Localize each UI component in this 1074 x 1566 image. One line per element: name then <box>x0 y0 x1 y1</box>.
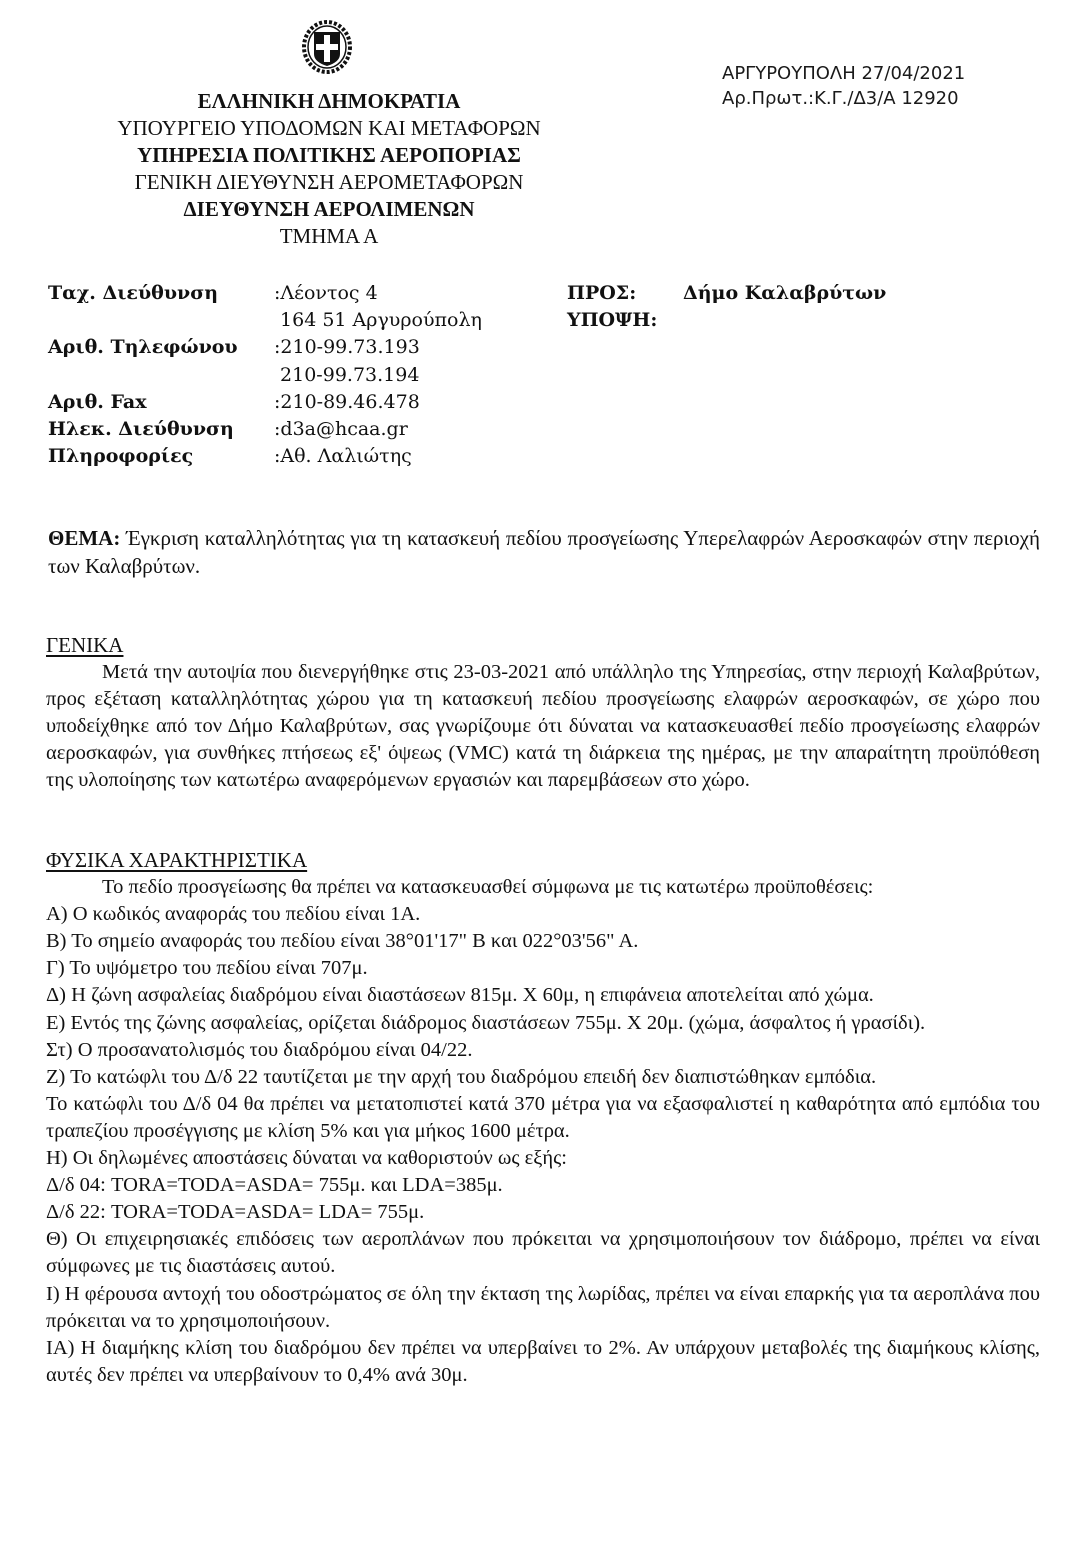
contact-label <box>48 307 274 334</box>
list-item: Γ) Το υψόμετρο του πεδίου είναι 707μ. <box>46 955 1040 982</box>
contact-value: :210-89.46.478 <box>274 389 420 416</box>
header-line: ΥΠΟΥΡΓΕΙΟ ΥΠΟΔΟΜΩΝ ΚΑΙ ΜΕΤΑΦΟΡΩΝ <box>40 115 618 142</box>
contact-value: 210-99.73.194 <box>274 362 419 389</box>
protocol-number: Αρ.Πρωτ.:Κ.Γ./Δ3/Α 12920 <box>722 86 965 111</box>
cc-label: ΥΠΟΨΗ: <box>567 307 683 334</box>
contact-label <box>48 362 274 389</box>
subject-label: ΘΕΜΑ: <box>48 526 120 550</box>
header-line: ΥΠΗΡΕΣΙΑ ΠΟΛΙΤΙΚΗΣ ΑΕΡΟΠΟΡΙΑΣ <box>40 142 618 169</box>
contact-value: :210-99.73.193 <box>274 334 420 361</box>
greek-coat-of-arms-icon <box>302 20 352 74</box>
header-line: ΤΜΗΜΑ Α <box>40 223 618 250</box>
contact-row: Πληροφορίες :Αθ. Λαλιώτης <box>48 443 482 470</box>
contact-label: Αριθ. Fax <box>48 389 274 416</box>
issuer-header: ΕΛΛΗΝΙΚΗ ΔΗΜΟΚΡΑΤΙΑ ΥΠΟΥΡΓΕΙΟ ΥΠΟΔΟΜΩΝ Κ… <box>40 88 618 250</box>
header-line: ΔΙΕΥΘΥΝΣΗ ΑΕΡΟΛΙΜΕΝΩΝ <box>40 196 618 223</box>
contact-email: :d3a@hcaa.gr <box>274 416 408 443</box>
list-item: Ζ) Το κατώφλι του Δ/δ 22 ταυτίζεται με τ… <box>46 1064 1040 1091</box>
section-physical-characteristics: ΦΥΣΙΚΑ ΧΑΡΑΚΤΗΡΙΣΤΙΚΑ Το πεδίο προσγείωσ… <box>46 847 1040 1389</box>
list-item: Ε) Εντός της ζώνης ασφαλείας, ορίζεται δ… <box>46 1010 1040 1037</box>
contact-row: Αριθ. Fax :210-89.46.478 <box>48 389 482 416</box>
recipient-to: ΠΡΟΣ: Δήμο Καλαβρύτων <box>567 280 886 307</box>
recipient-block: ΠΡΟΣ: Δήμο Καλαβρύτων ΥΠΟΨΗ: <box>567 280 886 334</box>
document-reference: ΑΡΓΥΡΟΥΠΟΛΗ 27/04/2021 Αρ.Πρωτ.:Κ.Γ./Δ3/… <box>722 61 965 111</box>
list-item: Δ/δ 04: TORA=TODA=ASDA= 755μ. και LDA=38… <box>46 1172 1040 1199</box>
list-item: Θ) Οι επιχειρησιακές επιδόσεις των αεροπ… <box>46 1226 1040 1280</box>
contact-row: 210-99.73.194 <box>48 362 482 389</box>
contact-row: 164 51 Αργυρούπολη <box>48 307 482 334</box>
list-item: Α) Ο κωδικός αναφοράς του πεδίου είναι 1… <box>46 901 1040 928</box>
list-item: Το κατώφλι του Δ/δ 04 θα πρέπει να μετατ… <box>46 1091 1040 1145</box>
paragraph: Το πεδίο προσγείωσης θα πρέπει να κατασκ… <box>46 874 1040 901</box>
place-date: ΑΡΓΥΡΟΥΠΟΛΗ 27/04/2021 <box>722 61 965 86</box>
contact-label: Ταχ. Διεύθυνση <box>48 280 274 307</box>
paragraph: Μετά την αυτοψία που διενεργήθηκε στις 2… <box>46 659 1040 794</box>
contact-label: Πληροφορίες <box>48 443 274 470</box>
header-line: ΓΕΝΙΚΗ ΔΙΕΥΘΥΝΣΗ ΑΕΡΟΜΕΤΑΦΟΡΩΝ <box>40 169 618 196</box>
section-title: ΓΕΝΙΚΑ <box>46 632 1040 659</box>
section-general: ΓΕΝΙΚΑ Μετά την αυτοψία που διενεργήθηκε… <box>46 632 1040 795</box>
list-item: Δ) Η ζώνη ασφαλείας διαδρόμου είναι διασ… <box>46 982 1040 1009</box>
contact-value: :Λέοντος 4 <box>274 280 378 307</box>
list-item: Δ/δ 22: TORA=TODA=ASDA= LDA= 755μ. <box>46 1199 1040 1226</box>
contact-value: 164 51 Αργυρούπολη <box>274 307 482 334</box>
list-item: Β) Το σημείο αναφοράς του πεδίου είναι 3… <box>46 928 1040 955</box>
contact-details: Ταχ. Διεύθυνση :Λέοντος 4 164 51 Αργυρού… <box>48 280 482 470</box>
section-title: ΦΥΣΙΚΑ ΧΑΡΑΚΤΗΡΙΣΤΙΚΑ <box>46 847 1040 874</box>
contact-row: Αριθ. Τηλεφώνου :210-99.73.193 <box>48 334 482 361</box>
recipient-cc: ΥΠΟΨΗ: <box>567 307 886 334</box>
subject-text: Έγκριση καταλληλότητας για τη κατασκευή … <box>48 526 1040 578</box>
contact-value: :Αθ. Λαλιώτης <box>274 443 412 470</box>
list-item: ΙΑ) Η διαμήκης κλίση του διαδρόμου δεν π… <box>46 1335 1040 1389</box>
subject: ΘΕΜΑ: Έγκριση καταλληλότητας για τη κατα… <box>48 524 1040 580</box>
to-value: Δήμο Καλαβρύτων <box>683 280 886 307</box>
contact-row: Ηλεκ. Διεύθυνση :d3a@hcaa.gr <box>48 416 482 443</box>
contact-row: Ταχ. Διεύθυνση :Λέοντος 4 <box>48 280 482 307</box>
to-label: ΠΡΟΣ: <box>567 280 683 307</box>
list-item: Στ) Ο προσανατολισμός του διαδρόμου είνα… <box>46 1037 1040 1064</box>
contact-label: Ηλεκ. Διεύθυνση <box>48 416 274 443</box>
header-line: ΕΛΛΗΝΙΚΗ ΔΗΜΟΚΡΑΤΙΑ <box>40 88 618 115</box>
list-item: Η) Οι δηλωμένες αποστάσεις δύναται να κα… <box>46 1145 1040 1172</box>
list-item: Ι) Η φέρουσα αντοχή του οδοστρώματος σε … <box>46 1281 1040 1335</box>
contact-label: Αριθ. Τηλεφώνου <box>48 334 274 361</box>
